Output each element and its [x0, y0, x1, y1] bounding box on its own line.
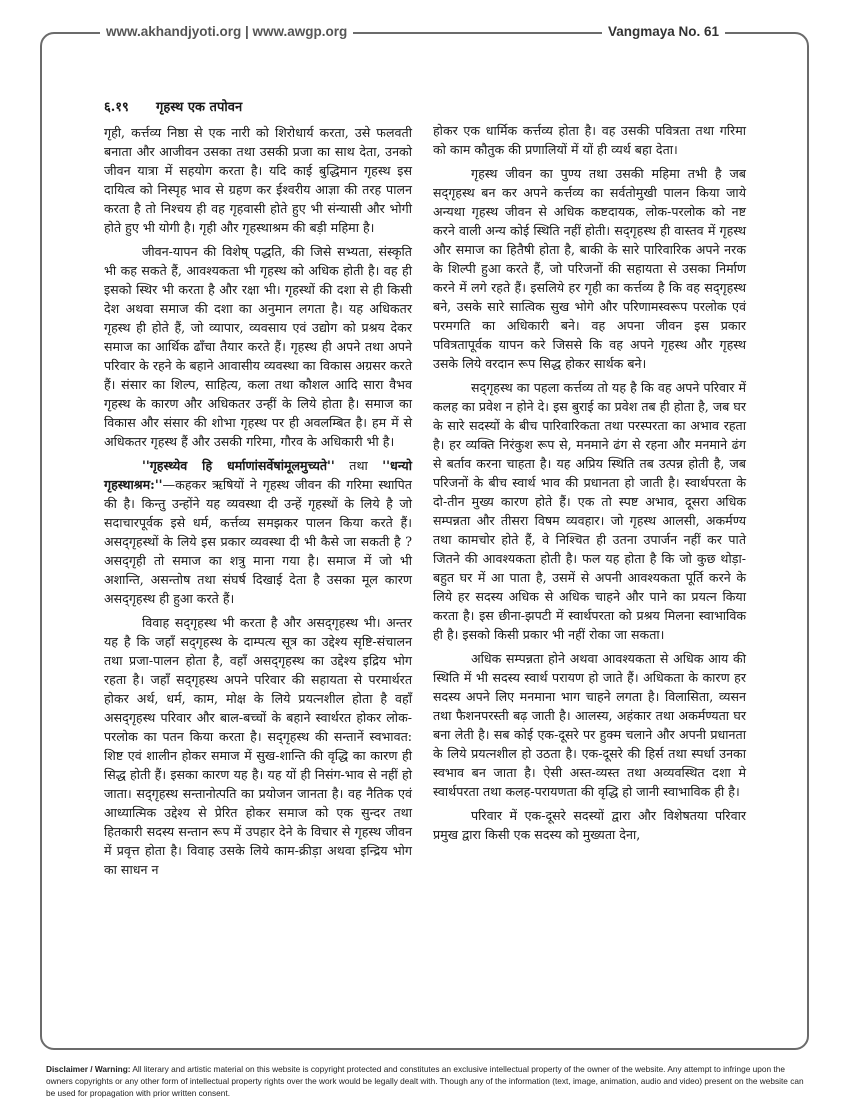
disclaimer-text: All literary and artistic material on th… [46, 1064, 804, 1098]
paragraph: गृहस्थ जीवन का पुण्य तथा उसकी महिमा तभी … [433, 164, 746, 373]
paragraph: होकर एक धार्मिक कर्त्तव्य होता है। वह उस… [433, 121, 746, 159]
paragraph: अधिक सम्पन्नता होने अथवा आवश्यकता से अधि… [433, 649, 746, 801]
disclaimer-label: Disclaimer / Warning: [46, 1064, 131, 1074]
section-number: ६.१९ [104, 98, 156, 117]
paragraph-quote: ''गृहस्थ्येव हि धर्माणांसर्वेषांमूलमुच्य… [104, 456, 412, 608]
right-column: होकर एक धार्मिक कर्त्तव्य होता है। वह उस… [433, 121, 746, 849]
disclaimer: Disclaimer / Warning: All literary and a… [46, 1063, 811, 1099]
sanskrit-quote: ''गृहस्थ्येव हि धर्माणांसर्वेषांमूलमुच्य… [142, 458, 335, 473]
section-heading: ६.१९गृहस्थ एक तपोवन [104, 98, 412, 117]
paragraph: विवाह सद्‌गृहस्थ भी करता है और असद्‌गृहस… [104, 613, 412, 879]
paragraph: परिवार में एक-दूसरे सदस्यों द्वारा और वि… [433, 806, 746, 844]
header-volume-number: Vangmaya No. 61 [602, 22, 725, 42]
paragraph: जीवन-यापन की विशेष् पद्धति, की जिसे सभ्य… [104, 242, 412, 451]
left-column: ६.१९गृहस्थ एक तपोवन गृही, कर्त्तव्य निष्… [104, 98, 412, 884]
paragraph: सद्‌गृहस्थ का पहला कर्त्तव्य तो यह है कि… [433, 378, 746, 644]
header-websites: www.akhandjyoti.org | www.awgp.org [100, 22, 353, 42]
paragraph: गृही, कर्त्तव्य निष्ठा से एक नारी को शिर… [104, 123, 412, 237]
section-title: गृहस्थ एक तपोवन [156, 100, 242, 115]
